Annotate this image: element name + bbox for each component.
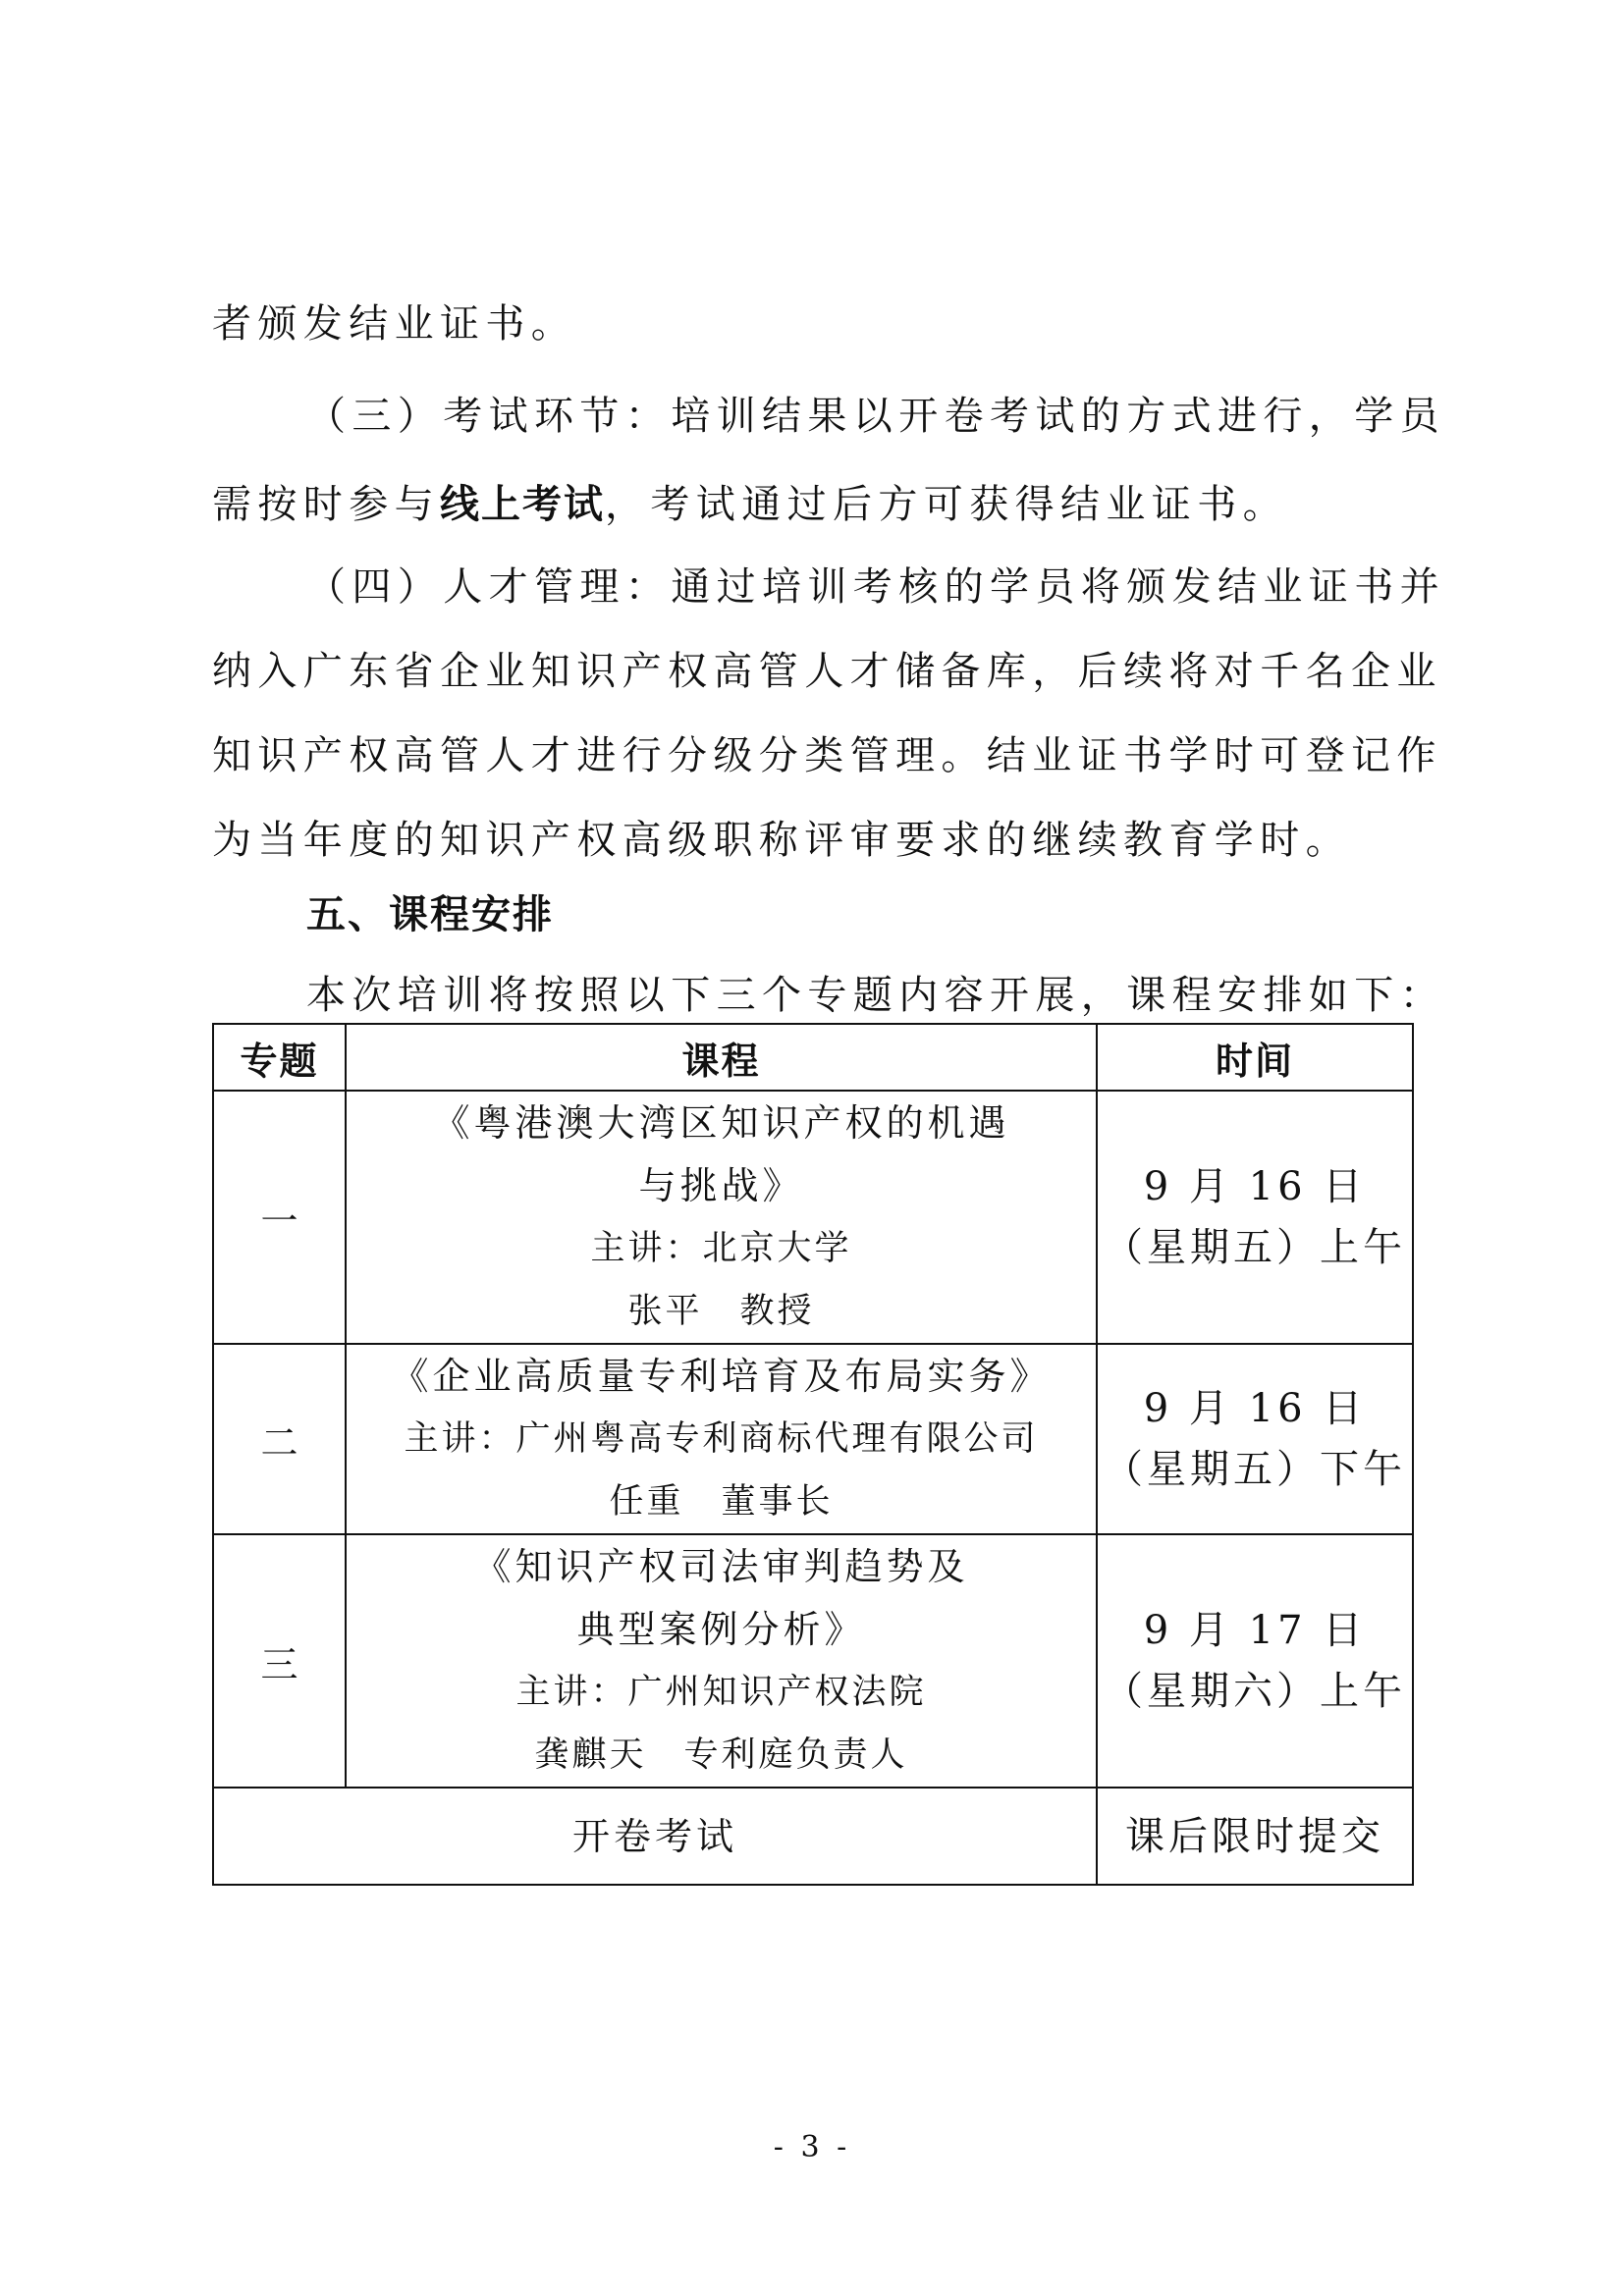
- paragraph-exam-line2: 需按时参与线上考试，考试通过后方可获得结业证书。: [212, 481, 1288, 528]
- table-footer-row: 开卷考试 课后限时提交: [213, 1788, 1413, 1885]
- text-span: 需按时参与: [212, 482, 440, 527]
- paragraph-talent-line4: 为当年度的知识产权高级职称评审要求的继续教育学时。: [212, 817, 1351, 864]
- course-speaker: 主讲：广州知识产权法院: [347, 1661, 1096, 1724]
- topic-cell: 二: [213, 1344, 346, 1534]
- header-topic: 专题: [213, 1024, 346, 1091]
- paragraph-line: 者颁发结业证书。: [212, 300, 576, 347]
- section-heading: 五、课程安排: [306, 891, 554, 938]
- table-row: 一 《粤港澳大湾区知识产权的机遇 与挑战》 主讲：北京大学 张平 教授 9 月 …: [213, 1091, 1413, 1344]
- table-row: 二 《企业高质量专利培育及布局实务》 主讲：广州粤高专利商标代理有限公司 任重 …: [213, 1344, 1413, 1534]
- paragraph-talent-line1: （四）人才管理：通过培训考核的学员将颁发结业证书并: [306, 563, 1412, 611]
- exam-time-cell: 课后限时提交: [1097, 1788, 1413, 1885]
- time-slot: （星期五）下午: [1098, 1439, 1412, 1500]
- topic-cell: 一: [213, 1091, 346, 1344]
- course-speaker: 主讲：北京大学: [347, 1217, 1096, 1280]
- time-cell: 9 月 16 日 （星期五）上午: [1097, 1091, 1413, 1344]
- page-number: - 3 -: [0, 2130, 1624, 2164]
- course-title: 典型案例分析》: [347, 1598, 1096, 1661]
- course-schedule-table: 专题 课程 时间 一 《粤港澳大湾区知识产权的机遇 与挑战》 主讲：北京大学 张…: [212, 1023, 1414, 1886]
- section-intro: 本次培训将按照以下三个专题内容开展，课程安排如下：: [306, 972, 1445, 1019]
- course-speaker: 龚麒天 专利庭负责人: [347, 1724, 1096, 1787]
- header-time: 时间: [1097, 1024, 1413, 1091]
- table-header-row: 专题 课程 时间: [213, 1024, 1413, 1091]
- time-date: 9 月 16 日: [1098, 1378, 1412, 1439]
- time-slot: （星期五）上午: [1098, 1217, 1412, 1278]
- time-cell: 9 月 17 日 （星期六）上午: [1097, 1534, 1413, 1788]
- course-cell: 《知识产权司法审判趋势及 典型案例分析》 主讲：广州知识产权法院 龚麒天 专利庭…: [346, 1534, 1097, 1788]
- emphasis-online-exam: 线上考试: [440, 482, 605, 527]
- paragraph-exam-line1: （三）考试环节：培训结果以开卷考试的方式进行，学员: [306, 393, 1412, 440]
- course-speaker: 任重 董事长: [347, 1470, 1096, 1533]
- course-speaker: 主讲：广州粤高专利商标代理有限公司: [347, 1408, 1096, 1470]
- exam-label: 开卷考试: [214, 1805, 1096, 1868]
- course-title: 与挑战》: [347, 1154, 1096, 1217]
- header-course: 课程: [346, 1024, 1097, 1091]
- course-title: 《企业高质量专利培育及布局实务》: [347, 1345, 1096, 1408]
- paragraph-talent-line3: 知识产权高管人才进行分级分类管理。结业证书学时可登记作: [212, 732, 1412, 779]
- exam-cell: 开卷考试: [213, 1788, 1097, 1885]
- table-row: 三 《知识产权司法审判趋势及 典型案例分析》 主讲：广州知识产权法院 龚麒天 专…: [213, 1534, 1413, 1788]
- exam-time: 课后限时提交: [1098, 1806, 1412, 1867]
- time-date: 9 月 16 日: [1098, 1156, 1412, 1217]
- topic-cell: 三: [213, 1534, 346, 1788]
- text-span: ，考试通过后方可获得结业证书。: [605, 482, 1288, 527]
- time-cell: 9 月 16 日 （星期五）下午: [1097, 1344, 1413, 1534]
- time-slot: （星期六）上午: [1098, 1661, 1412, 1722]
- course-cell: 《粤港澳大湾区知识产权的机遇 与挑战》 主讲：北京大学 张平 教授: [346, 1091, 1097, 1344]
- course-cell: 《企业高质量专利培育及布局实务》 主讲：广州粤高专利商标代理有限公司 任重 董事…: [346, 1344, 1097, 1534]
- course-title: 《知识产权司法审判趋势及: [347, 1535, 1096, 1598]
- paragraph-talent-line2: 纳入广东省企业知识产权高管人才储备库，后续将对千名企业: [212, 648, 1412, 695]
- time-date: 9 月 17 日: [1098, 1600, 1412, 1661]
- course-speaker: 张平 教授: [347, 1280, 1096, 1343]
- course-title: 《粤港澳大湾区知识产权的机遇: [347, 1092, 1096, 1154]
